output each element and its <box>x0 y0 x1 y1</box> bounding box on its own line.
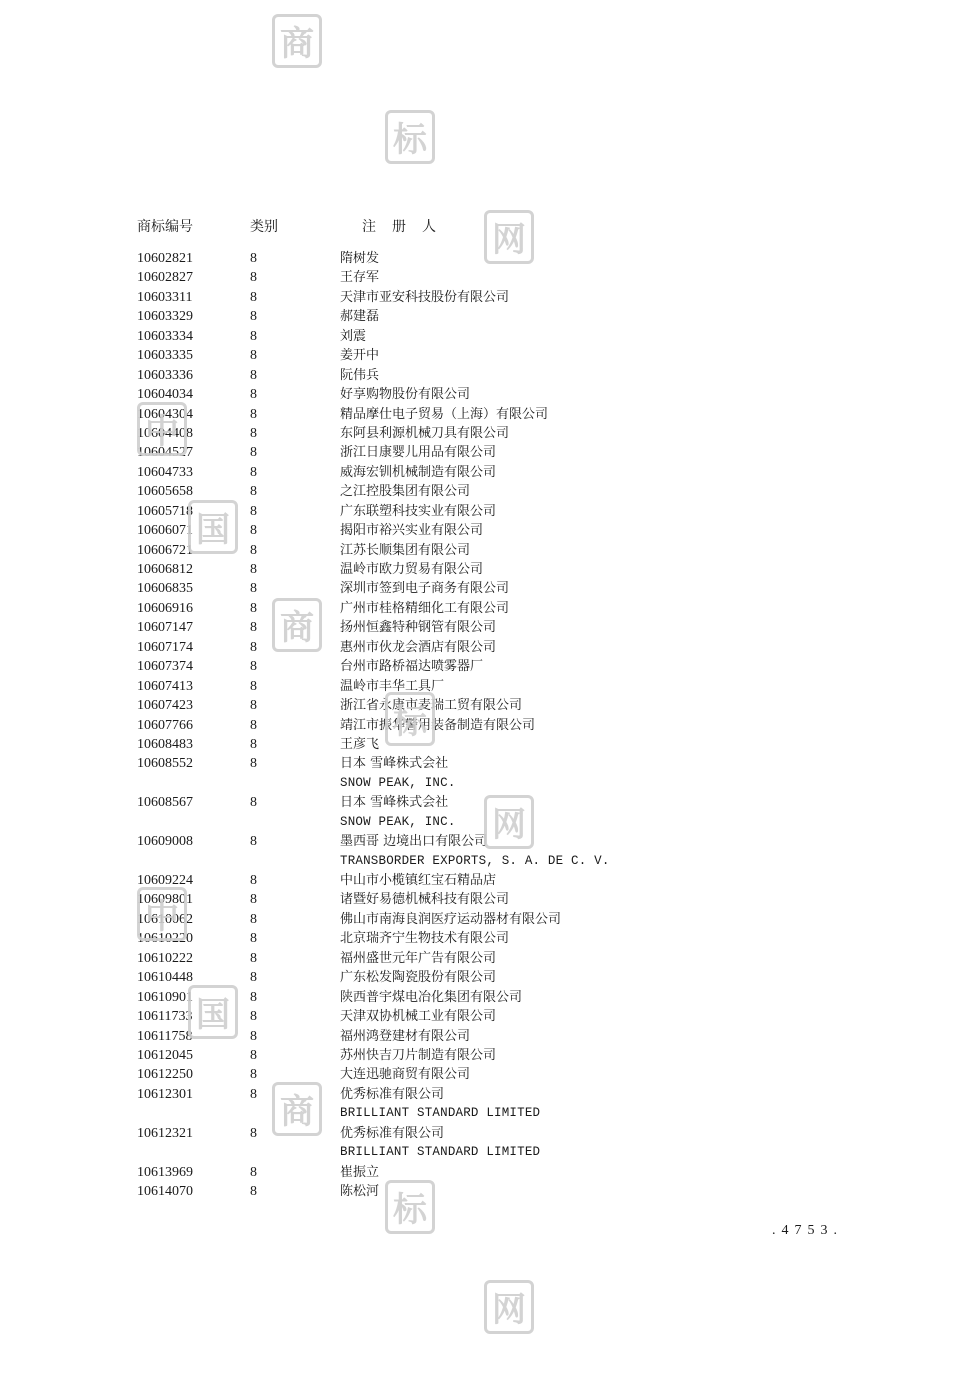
registrant-name: 温岭市欧力贸易有限公司 <box>340 560 483 579</box>
class-value: 8 <box>250 288 257 307</box>
watermark-stamp-icon: 标 <box>385 1180 435 1234</box>
registrant-name: 广州市桂格精细化工有限公司 <box>340 599 509 618</box>
table-row: 106071748惠州市伙龙会酒店有限公司 <box>0 638 980 657</box>
trademark-number: 10606721 <box>137 541 193 560</box>
class-value: 8 <box>250 988 257 1007</box>
table-row: 106109018陕西普宇煤电冶化集团有限公司 <box>0 988 980 1007</box>
table-row: 106140708陈松河 <box>0 1182 980 1201</box>
class-value: 8 <box>250 463 257 482</box>
table-row: 106085528日本 雪峰株式会社 <box>0 754 980 773</box>
registrant-name: SNOW PEAK, INC. <box>340 774 456 793</box>
trademark-number: 10607423 <box>137 696 193 715</box>
trademark-number: 10604733 <box>137 463 193 482</box>
trademark-number: 10603329 <box>137 307 193 326</box>
table-row-english-name: SNOW PEAK, INC. <box>0 774 980 793</box>
trademark-number: 10607413 <box>137 677 193 696</box>
watermark-stamp-icon: 网 <box>484 795 534 849</box>
trademark-number: 10602827 <box>137 268 193 287</box>
registrant-name: 广东松发陶瓷股份有限公司 <box>340 968 496 987</box>
table-row: 106068358深圳市签到电子商务有限公司 <box>0 579 980 598</box>
class-value: 8 <box>250 677 257 696</box>
registrant-name: 北京瑞齐宁生物技术有限公司 <box>340 929 509 948</box>
class-value: 8 <box>250 1182 257 1201</box>
trademark-number: 10613969 <box>137 1163 193 1182</box>
trademark-number: 10611758 <box>137 1027 192 1046</box>
trademark-number: 10606071 <box>137 521 193 540</box>
registrant-name: 扬州恒鑫特种钢管有限公司 <box>340 618 496 637</box>
class-value: 8 <box>250 910 257 929</box>
registrant-name: 揭阳市裕兴实业有限公司 <box>340 521 483 540</box>
registrant-name: 优秀标准有限公司 <box>340 1085 444 1104</box>
registrant-name: 天津双协机械工业有限公司 <box>340 1007 496 1026</box>
registrant-name: 东阿县利源机械刀具有限公司 <box>340 424 509 443</box>
class-value: 8 <box>250 968 257 987</box>
registrant-name: 大连迅驰商贸有限公司 <box>340 1065 470 1084</box>
trademark-number: 10603311 <box>137 288 192 307</box>
table-row: 106123018优秀标准有限公司 <box>0 1085 980 1104</box>
trademark-number: 10611733 <box>137 1007 192 1026</box>
registrant-name: 佛山市南海良润医疗运动器材有限公司 <box>340 910 561 929</box>
watermark-stamp-icon: 标 <box>385 692 435 746</box>
trademark-number: 10614070 <box>137 1182 193 1201</box>
class-value: 8 <box>250 1007 257 1026</box>
trademark-number: 10608567 <box>137 793 193 812</box>
trademark-number: 10603335 <box>137 346 193 365</box>
trademark-number: 10610222 <box>137 949 193 968</box>
trademark-number: 10607374 <box>137 657 193 676</box>
class-value: 8 <box>250 696 257 715</box>
registrant-name: 崔振立 <box>340 1163 379 1182</box>
trademark-number: 10610901 <box>137 988 193 1007</box>
table-row: 106117338天津双协机械工业有限公司 <box>0 1007 980 1026</box>
registrant-name: 王彦飞 <box>340 735 379 754</box>
class-value: 8 <box>250 754 257 773</box>
registrant-name: 深圳市签到电子商务有限公司 <box>340 579 509 598</box>
header-class: 类别 <box>250 216 278 236</box>
table-row: 106073748台州市路桥福达喷雾器厂 <box>0 657 980 676</box>
watermark-stamp-icon: 网 <box>484 210 534 264</box>
class-value: 8 <box>250 657 257 676</box>
registrant-name: 王存军 <box>340 268 379 287</box>
trademark-number: 10606812 <box>137 560 193 579</box>
registrant-name: BRILLIANT STANDARD LIMITED <box>340 1104 540 1123</box>
registrant-name: 广东联塑科技实业有限公司 <box>340 502 496 521</box>
table-row: 106104488广东松发陶瓷股份有限公司 <box>0 968 980 987</box>
class-value: 8 <box>250 949 257 968</box>
table-row: 106060718揭阳市裕兴实业有限公司 <box>0 521 980 540</box>
trademark-number: 10608552 <box>137 754 193 773</box>
registrant-name: 惠州市伙龙会酒店有限公司 <box>340 638 496 657</box>
class-value: 8 <box>250 268 257 287</box>
class-value: 8 <box>250 327 257 346</box>
table-row-english-name: BRILLIANT STANDARD LIMITED <box>0 1104 980 1123</box>
class-value: 8 <box>250 521 257 540</box>
watermark-stamp-icon: 商 <box>272 14 322 68</box>
trademark-number: 10608483 <box>137 735 193 754</box>
table-row: 106074238浙江省永康市麦瑞工贸有限公司 <box>0 696 980 715</box>
class-value: 8 <box>250 1027 257 1046</box>
class-value: 8 <box>250 502 257 521</box>
table-row: 106074138温岭市丰华工具厂 <box>0 677 980 696</box>
registrant-name: 日本 雪峰株式会社 <box>340 793 448 812</box>
trademark-number: 10603334 <box>137 327 193 346</box>
registrant-name: 隋树发 <box>340 249 379 268</box>
class-value: 8 <box>250 1085 257 1104</box>
class-value: 8 <box>250 346 257 365</box>
table-row: 106033358姜开中 <box>0 346 980 365</box>
class-value: 8 <box>250 871 257 890</box>
table-row: 106033348刘震 <box>0 327 980 346</box>
trademark-number: 10602821 <box>137 249 193 268</box>
class-value: 8 <box>250 716 257 735</box>
trademark-number: 10606916 <box>137 599 193 618</box>
class-value: 8 <box>250 1046 257 1065</box>
trademark-number: 10612250 <box>137 1065 193 1084</box>
class-value: 8 <box>250 638 257 657</box>
registrant-name: 台州市路桥福达喷雾器厂 <box>340 657 483 676</box>
class-value: 8 <box>250 1124 257 1143</box>
table-row: 106028278王存军 <box>0 268 980 287</box>
class-value: 8 <box>250 560 257 579</box>
table-row: 106071478扬州恒鑫特种钢管有限公司 <box>0 618 980 637</box>
table-row: 106033298郝建磊 <box>0 307 980 326</box>
class-value: 8 <box>250 307 257 326</box>
table-row: 106077668靖江市振华警用装备制造有限公司 <box>0 716 980 735</box>
trademark-number: 10606835 <box>137 579 193 598</box>
registrant-name: 福州鸿登建材有限公司 <box>340 1027 470 1046</box>
table-row: 106033368阮伟兵 <box>0 366 980 385</box>
trademark-number: 10603336 <box>137 366 193 385</box>
registrant-name: 阮伟兵 <box>340 366 379 385</box>
class-value: 8 <box>250 541 257 560</box>
registrant-name: 威海宏钏机械制造有限公司 <box>340 463 496 482</box>
trademark-number: 10607174 <box>137 638 193 657</box>
class-value: 8 <box>250 1163 257 1182</box>
table-row: 106123218优秀标准有限公司 <box>0 1124 980 1143</box>
class-value: 8 <box>250 832 257 851</box>
trademark-number: 10610448 <box>137 968 193 987</box>
trademark-list: 106028218隋树发106028278王存军106033118天津市亚安科技… <box>0 249 980 1201</box>
class-value: 8 <box>250 482 257 501</box>
table-row-english-name: TRANSBORDER EXPORTS, S. A. DE C. V. <box>0 852 980 871</box>
page-number: .4753. <box>772 1223 843 1239</box>
header-trademark-number: 商标编号 <box>137 216 193 236</box>
registrant-name: 江苏长顺集团有限公司 <box>340 541 470 560</box>
registrant-name: 刘震 <box>340 327 366 346</box>
trademark-number: 10605718 <box>137 502 193 521</box>
registrant-name: 浙江日康婴儿用品有限公司 <box>340 443 496 462</box>
watermark-stamp-icon: 中 <box>137 887 187 941</box>
header-registrant: 注册人 <box>362 216 452 236</box>
table-row-english-name: BRILLIANT STANDARD LIMITED <box>0 1143 980 1162</box>
class-value: 8 <box>250 599 257 618</box>
class-value: 8 <box>250 579 257 598</box>
class-value: 8 <box>250 385 257 404</box>
watermark-stamp-icon: 商 <box>272 598 322 652</box>
registrant-name: 日本 雪峰株式会社 <box>340 754 448 773</box>
table-row: 106047338威海宏钏机械制造有限公司 <box>0 463 980 482</box>
class-value: 8 <box>250 735 257 754</box>
registrant-name: SNOW PEAK, INC. <box>340 813 456 832</box>
trademark-number: 10612321 <box>137 1124 193 1143</box>
table-row: 106139698崔振立 <box>0 1163 980 1182</box>
registrant-name: 郝建磊 <box>340 307 379 326</box>
trademark-number: 10609008 <box>137 832 193 851</box>
registrant-name: 靖江市振华警用装备制造有限公司 <box>340 716 535 735</box>
watermark-stamp-icon: 国 <box>188 985 238 1039</box>
registrant-name: BRILLIANT STANDARD LIMITED <box>340 1143 540 1162</box>
registrant-name: 苏州快吉刀片制造有限公司 <box>340 1046 496 1065</box>
registrant-name: 优秀标准有限公司 <box>340 1124 444 1143</box>
table-row: 106056588之江控股集团有限公司 <box>0 482 980 501</box>
class-value: 8 <box>250 793 257 812</box>
class-value: 8 <box>250 366 257 385</box>
registrant-name: 精品摩仕电子贸易（上海）有限公司 <box>340 405 548 424</box>
document-page: 商标编号 类别 注册人 106028218隋树发106028278王存军1060… <box>0 0 980 1400</box>
watermark-stamp-icon: 网 <box>484 1280 534 1334</box>
table-row: 106102228福州盛世元年广告有限公司 <box>0 949 980 968</box>
trademark-number: 10612301 <box>137 1085 193 1104</box>
class-value: 8 <box>250 424 257 443</box>
watermark-stamp-icon: 商 <box>272 1082 322 1136</box>
trademark-number: 10607766 <box>137 716 193 735</box>
table-row: 106057188广东联塑科技实业有限公司 <box>0 502 980 521</box>
class-value: 8 <box>250 405 257 424</box>
table-row: 106117588福州鸿登建材有限公司 <box>0 1027 980 1046</box>
registrant-name: 墨西哥 边境出口有限公司 <box>340 832 487 851</box>
registrant-name: TRANSBORDER EXPORTS, S. A. DE C. V. <box>340 852 610 871</box>
class-value: 8 <box>250 1065 257 1084</box>
registrant-name: 好享购物股份有限公司 <box>340 385 470 404</box>
registrant-name: 姜开中 <box>340 346 379 365</box>
class-value: 8 <box>250 929 257 948</box>
class-value: 8 <box>250 249 257 268</box>
registrant-name: 中山市小榄镇红宝石精品店 <box>340 871 496 890</box>
registrant-name: 天津市亚安科技股份有限公司 <box>340 288 509 307</box>
table-row: 106069168广州市桂格精细化工有限公司 <box>0 599 980 618</box>
table-row: 106120458苏州快吉刀片制造有限公司 <box>0 1046 980 1065</box>
trademark-number: 10607147 <box>137 618 193 637</box>
registrant-name: 之江控股集团有限公司 <box>340 482 470 501</box>
class-value: 8 <box>250 618 257 637</box>
registrant-name: 福州盛世元年广告有限公司 <box>340 949 496 968</box>
watermark-stamp-icon: 标 <box>385 110 435 164</box>
watermark-stamp-icon: 国 <box>188 500 238 554</box>
trademark-number: 10612045 <box>137 1046 193 1065</box>
registrant-name: 陈松河 <box>340 1182 379 1201</box>
table-row: 106033118天津市亚安科技股份有限公司 <box>0 288 980 307</box>
table-row: 106122508大连迅驰商贸有限公司 <box>0 1065 980 1084</box>
registrant-name: 诸暨好易德机械科技有限公司 <box>340 890 509 909</box>
table-row: 106068128温岭市欧力贸易有限公司 <box>0 560 980 579</box>
table-row: 106067218江苏长顺集团有限公司 <box>0 541 980 560</box>
watermark-stamp-icon: 中 <box>137 402 187 456</box>
class-value: 8 <box>250 890 257 909</box>
registrant-name: 陕西普宇煤电冶化集团有限公司 <box>340 988 522 1007</box>
trademark-number: 10605658 <box>137 482 193 501</box>
table-row: 106084838王彦飞 <box>0 735 980 754</box>
class-value: 8 <box>250 443 257 462</box>
